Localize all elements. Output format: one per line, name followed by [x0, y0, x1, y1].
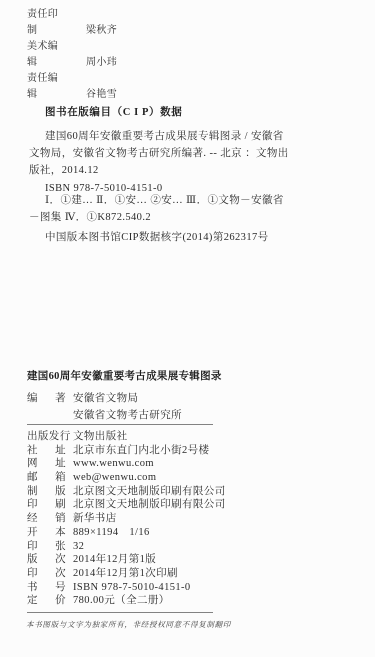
cip-record-line: 建国60周年安徽重要考古成果展专辑图录 / 安徽省	[29, 128, 359, 145]
cip-classification-line: －图集 Ⅳ．①K872.540.2	[29, 210, 359, 227]
staff-name: 梁秋齐	[86, 25, 117, 36]
author-block: 编著安徽省文物局 安徽省文物考古研究所	[27, 391, 182, 425]
detail-label: 邮箱	[27, 471, 66, 485]
detail-value: 780.00元（全二册）	[73, 595, 170, 606]
detail-value: 2014年12月第1版	[73, 554, 156, 565]
detail-value: www.wenwu.com	[73, 458, 154, 469]
detail-value: 889×1194 1/16	[73, 527, 150, 538]
detail-label: 开本	[27, 526, 66, 540]
detail-label: 印次	[27, 567, 66, 581]
detail-value: 32	[73, 541, 84, 552]
detail-value: 新华书店	[73, 513, 117, 524]
staff-role-label: 责任编辑	[27, 71, 67, 103]
publication-detail-row: 开本889×1194 1/16	[27, 526, 226, 540]
author-label: 编著	[27, 391, 66, 408]
divider-bottom	[27, 612, 213, 613]
staff-credits: 责任印制梁秋齐 美术编辑周小玮 责任编辑谷艳雪	[27, 7, 117, 103]
book-title: 建国60周年安徽重要考古成果展专辑图录	[27, 368, 222, 383]
detail-label: 制版	[27, 485, 66, 499]
publication-detail-row: 定价780.00元（全二册）	[27, 594, 226, 608]
detail-label: 书号	[27, 581, 66, 595]
staff-credit-row: 责任印制梁秋齐	[27, 7, 117, 39]
publication-detail-row: 印次2014年12月第1次印刷	[27, 567, 226, 581]
cip-record: 建国60周年安徽重要考古成果展专辑图录 / 安徽省 文物局，安徽省文物考古研究所…	[29, 128, 359, 197]
cip-classification: Ⅰ．①建… Ⅱ．①安… ②安… Ⅲ．①文物－安徽省 －图集 Ⅳ．①K872.54…	[29, 193, 359, 227]
publication-detail-row: 书号ISBN 978-7-5010-4151-0	[27, 581, 226, 595]
detail-value: 文物出版社	[73, 431, 128, 442]
book-copyright-page: 责任印制梁秋齐 美术编辑周小玮 责任编辑谷艳雪 图书在版编目（C I P）数据 …	[0, 0, 375, 657]
publication-detail-row: 邮箱web@wenwu.com	[27, 471, 226, 485]
detail-label: 印刷	[27, 498, 66, 512]
detail-label: 网址	[27, 457, 66, 471]
author-row: 编著安徽省文物局	[27, 391, 182, 408]
cip-heading: 图书在版编目（C I P）数据	[45, 104, 182, 119]
detail-label: 定价	[27, 594, 66, 608]
author-row: 安徽省文物考古研究所	[27, 408, 182, 425]
detail-value: 北京图文天地制版印刷有限公司	[73, 486, 226, 497]
cip-record-line: 版社，2014.12	[29, 162, 359, 179]
copyright-notice: 本书图版与文字为独家所有，非经授权同意不得复制翻印	[26, 619, 231, 630]
publication-detail-row: 网址www.wenwu.com	[27, 457, 226, 471]
detail-value: 北京图文天地制版印刷有限公司	[73, 499, 226, 510]
detail-label: 印张	[27, 540, 66, 554]
publication-detail-row: 经销新华书店	[27, 512, 226, 526]
publication-details: 出版发行文物出版社 社址北京市东直门内北小街2号楼 网址www.wenwu.co…	[27, 430, 226, 608]
publication-detail-row: 社址北京市东直门内北小街2号楼	[27, 444, 226, 458]
detail-label: 版次	[27, 553, 66, 567]
publication-detail-row: 印张32	[27, 540, 226, 554]
author-name: 安徽省文物考古研究所	[73, 410, 182, 421]
detail-value: 2014年12月第1次印刷	[73, 568, 178, 579]
publication-detail-row: 出版发行文物出版社	[27, 430, 226, 444]
divider-top	[27, 424, 213, 425]
author-name: 安徽省文物局	[73, 393, 138, 404]
publication-detail-row: 印刷北京图文天地制版印刷有限公司	[27, 498, 226, 512]
cip-record-line: 文物局，安徽省文物考古研究所编著. -- 北京 ：文物出	[29, 145, 359, 162]
detail-label: 社址	[27, 444, 66, 458]
staff-role-label: 美术编辑	[27, 39, 67, 71]
detail-label: 经销	[27, 512, 66, 526]
cip-classification-line: Ⅰ．①建… Ⅱ．①安… ②安… Ⅲ．①文物－安徽省	[29, 193, 359, 210]
staff-name: 周小玮	[86, 57, 117, 68]
detail-value: 北京市东直门内北小街2号楼	[73, 445, 209, 456]
staff-credit-row: 美术编辑周小玮	[27, 39, 117, 71]
cip-record-number: 中国版本图书馆CIP数据核字(2014)第262317号	[29, 229, 269, 244]
publication-detail-row: 制版北京图文天地制版印刷有限公司	[27, 485, 226, 499]
detail-value: web@wenwu.com	[73, 472, 156, 483]
staff-credit-row: 责任编辑谷艳雪	[27, 71, 117, 103]
publication-detail-row: 版次2014年12月第1版	[27, 553, 226, 567]
detail-value: ISBN 978-7-5010-4151-0	[73, 582, 191, 593]
staff-role-label: 责任印制	[27, 7, 67, 39]
detail-label: 出版发行	[27, 430, 66, 444]
staff-name: 谷艳雪	[86, 89, 117, 100]
